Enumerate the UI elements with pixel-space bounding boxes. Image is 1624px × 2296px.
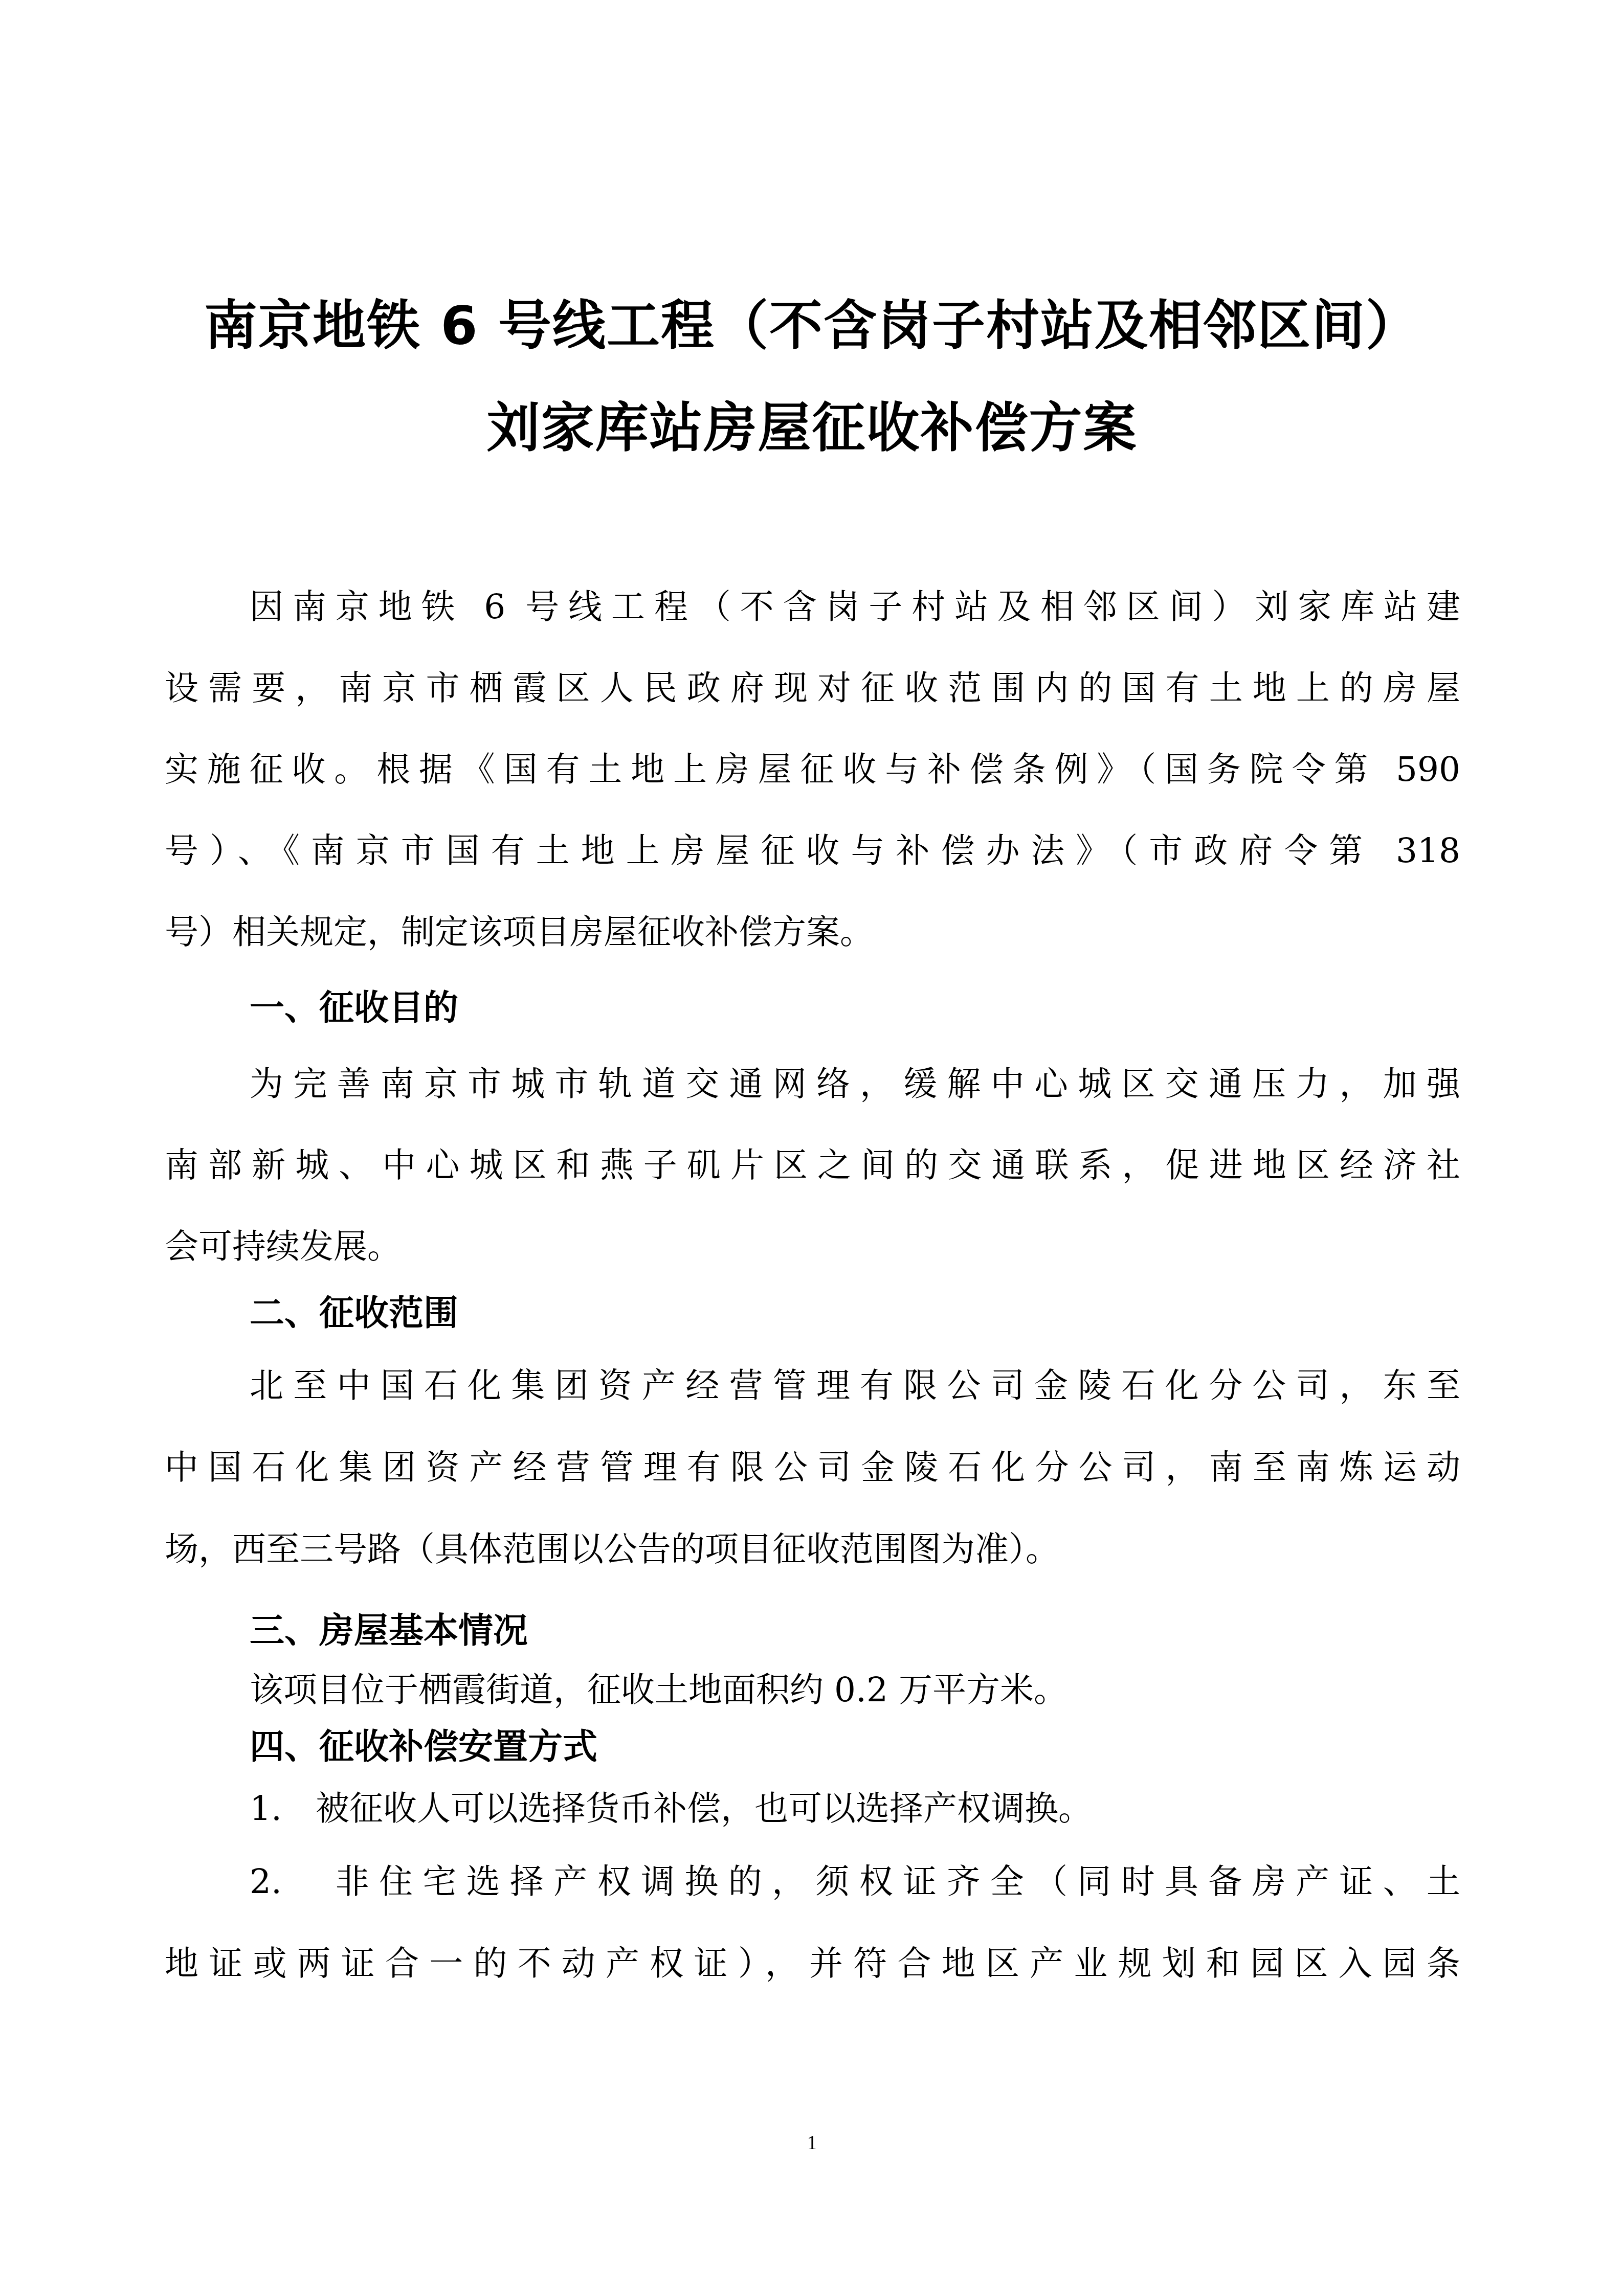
intro-paragraph-line: 号）相关规定，制定该项目房屋征收补偿方案。 bbox=[165, 912, 1460, 953]
section-heading-scope: 二、征收范围 bbox=[250, 1293, 458, 1334]
intro-paragraph-line: 因南京地铁 6 号线工程（不含岗子村站及相邻区间）刘家库站建 bbox=[250, 587, 1460, 627]
section-heading-compensation: 四、征收补偿安置方式 bbox=[250, 1727, 597, 1768]
page-number: 1 bbox=[0, 2132, 1624, 2153]
document-title-line-2: 刘家库站房屋征收补偿方案 bbox=[0, 401, 1624, 455]
section-purpose-line: 会可持续发展。 bbox=[165, 1226, 1460, 1267]
section-housing-line: 该项目位于栖霞街道，征收土地面积约 0.2 万平方米。 bbox=[250, 1670, 1460, 1710]
section-heading-housing: 三、房屋基本情况 bbox=[250, 1611, 528, 1652]
intro-paragraph-line: 号）、《南京市国有土地上房屋征收与补偿办法》（市政府令第 318 bbox=[165, 830, 1460, 871]
section-scope-line: 北至中国石化集团资产经营管理有限公司金陵石化分公司，东至 bbox=[250, 1365, 1460, 1406]
section-purpose-line: 南部新城、中心城区和燕子矶片区之间的交通联系，促进地区经济社 bbox=[165, 1145, 1460, 1186]
section-heading-purpose: 一、征收目的 bbox=[250, 988, 458, 1029]
intro-paragraph-line: 实施征收。根据《国有土地上房屋征收与补偿条例》（国务院令第 590 bbox=[165, 749, 1460, 790]
section-purpose-line: 为完善南京市城市轨道交通网络，缓解中心城区交通压力，加强 bbox=[250, 1064, 1460, 1105]
document-page: 南京地铁 6 号线工程（不含岗子村站及相邻区间） 刘家库站房屋征收补偿方案 因南… bbox=[0, 0, 1624, 2296]
section-compensation-item-1: 1. 被征收人可以选择货币补偿，也可以选择产权调换。 bbox=[250, 1788, 1460, 1829]
section-scope-line: 中国石化集团资产经营管理有限公司金陵石化分公司，南至南炼运动 bbox=[165, 1447, 1460, 1488]
section-compensation-item-2-cont: 地证或两证合一的不动产权证），并符合地区产业规划和园区入园条 bbox=[165, 1943, 1460, 1984]
document-title-line-1: 南京地铁 6 号线工程（不含岗子村站及相邻区间） bbox=[0, 299, 1624, 352]
section-compensation-item-2: 2. 非住宅选择产权调换的，须权证齐全（同时具备房产证、土 bbox=[250, 1861, 1460, 1902]
section-scope-line: 场，西至三号路（具体范围以公告的项目征收范围图为准）。 bbox=[165, 1529, 1460, 1570]
intro-paragraph-line: 设需要，南京市栖霞区人民政府现对征收范围内的国有土地上的房屋 bbox=[165, 668, 1460, 709]
